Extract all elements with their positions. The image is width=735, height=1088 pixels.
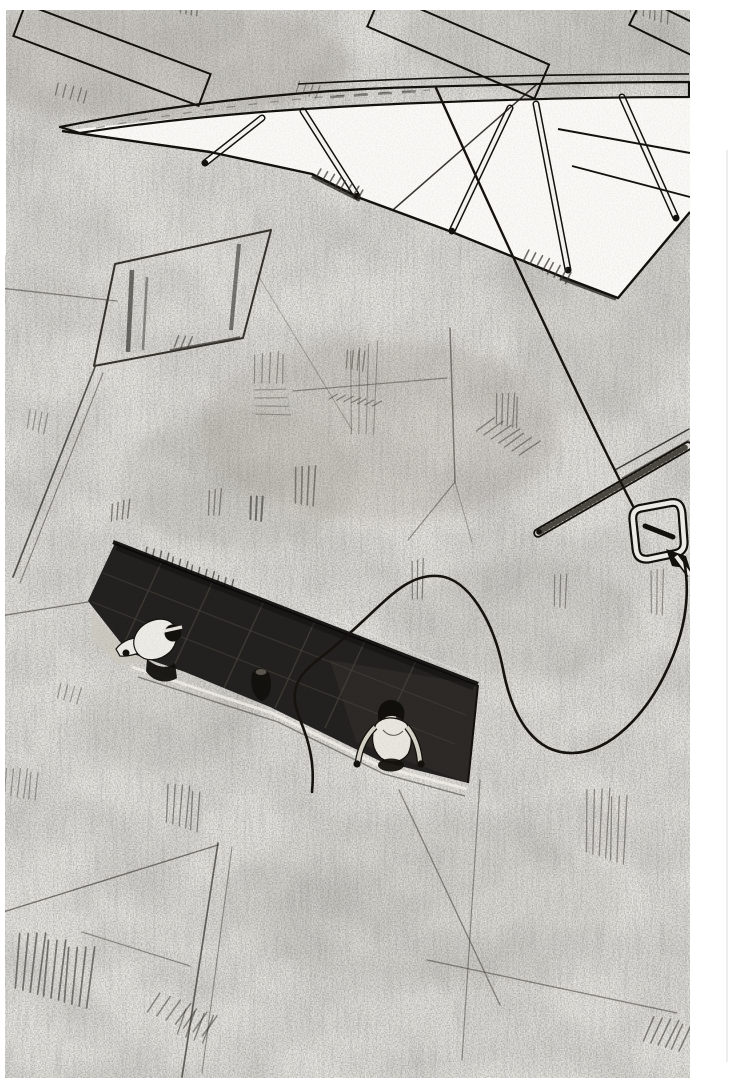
page-margin-top — [0, 0, 735, 10]
finishing-grain — [0, 0, 735, 1088]
page-margin-right — [690, 0, 735, 1088]
page-content — [0, 0, 735, 1088]
manga-page — [0, 0, 735, 1088]
manga-page-panel — [0, 0, 735, 1088]
page-margin-left — [0, 0, 6, 255]
page-margin-bottom — [0, 1078, 735, 1088]
